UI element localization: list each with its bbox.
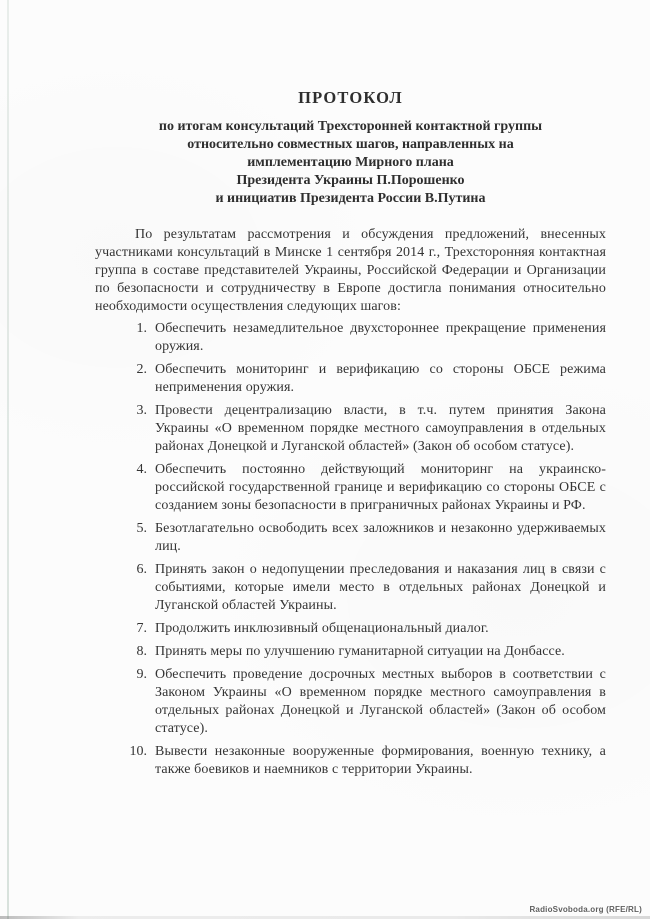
list-item: 9. Обеспечить проведение досрочных местн… bbox=[95, 666, 606, 738]
list-item-number: 3. bbox=[95, 402, 147, 456]
list-item-number: 8. bbox=[95, 643, 147, 661]
subtitle-line: и инициатив Президента России В.Путина bbox=[95, 190, 606, 208]
list-item-number: 7. bbox=[95, 620, 147, 638]
list-item-text: Продолжить инклюзивный общенациональный … bbox=[155, 620, 606, 638]
list-item-text: Вывести незаконные вооруженные формирова… bbox=[155, 743, 606, 779]
list-item-text: Принять меры по улучшению гуманитарной с… bbox=[155, 643, 606, 661]
list-item-text: Обеспечить незамедлительное двухсторонне… bbox=[155, 320, 606, 356]
document-subtitle: по итогам консультаций Трехсторонней кон… bbox=[95, 118, 606, 208]
list-item-number: 5. bbox=[95, 520, 147, 556]
list-item-number: 4. bbox=[95, 461, 147, 515]
document-title: ПРОТОКОЛ bbox=[95, 88, 606, 108]
list-item-number: 9. bbox=[95, 666, 147, 738]
subtitle-line: относительно совместных шагов, направлен… bbox=[95, 136, 606, 154]
list-item: 4. Обеспечить постоянно действующий мони… bbox=[95, 461, 606, 515]
document-page: ПРОТОКОЛ по итогам консультаций Трехстор… bbox=[0, 0, 650, 919]
list-item: 5. Безотлагательно освободить всех залож… bbox=[95, 520, 606, 556]
intro-paragraph: По результатам рассмотрения и обсуждения… bbox=[95, 226, 606, 316]
list-item: 3. Провести децентрализацию власти, в т.… bbox=[95, 402, 606, 456]
list-item-number: 10. bbox=[95, 743, 147, 779]
watermark: RadioSvoboda.org (RFE/RL) bbox=[529, 905, 642, 914]
list-item-text: Обеспечить постоянно действующий монитор… bbox=[155, 461, 606, 515]
list-item-number: 6. bbox=[95, 561, 147, 615]
list-item: 1. Обеспечить незамедлительное двухсторо… bbox=[95, 320, 606, 356]
list-item-number: 1. bbox=[95, 320, 147, 356]
steps-list: 1. Обеспечить незамедлительное двухсторо… bbox=[95, 320, 606, 779]
list-item-text: Обеспечить мониторинг и верификацию со с… bbox=[155, 361, 606, 397]
list-item: 6. Принять закон о недопущении преследов… bbox=[95, 561, 606, 615]
list-item-text: Безотлагательно освободить всех заложник… bbox=[155, 520, 606, 556]
subtitle-line: имплементацию Мирного плана bbox=[95, 154, 606, 172]
list-item-text: Обеспечить проведение досрочных местных … bbox=[155, 666, 606, 738]
scan-left-edge bbox=[7, 0, 9, 919]
list-item-text: Принять закон о недопущении преследовани… bbox=[155, 561, 606, 615]
subtitle-line: по итогам консультаций Трехсторонней кон… bbox=[95, 118, 606, 136]
list-item-text: Провести децентрализацию власти, в т.ч. … bbox=[155, 402, 606, 456]
list-item: 8. Принять меры по улучшению гуманитарно… bbox=[95, 643, 606, 661]
list-item: 2. Обеспечить мониторинг и верификацию с… bbox=[95, 361, 606, 397]
list-item-number: 2. bbox=[95, 361, 147, 397]
list-item: 7. Продолжить инклюзивный общенациональн… bbox=[95, 620, 606, 638]
list-item: 10. Вывести незаконные вооруженные форми… bbox=[95, 743, 606, 779]
subtitle-line: Президента Украины П.Порошенко bbox=[95, 172, 606, 190]
